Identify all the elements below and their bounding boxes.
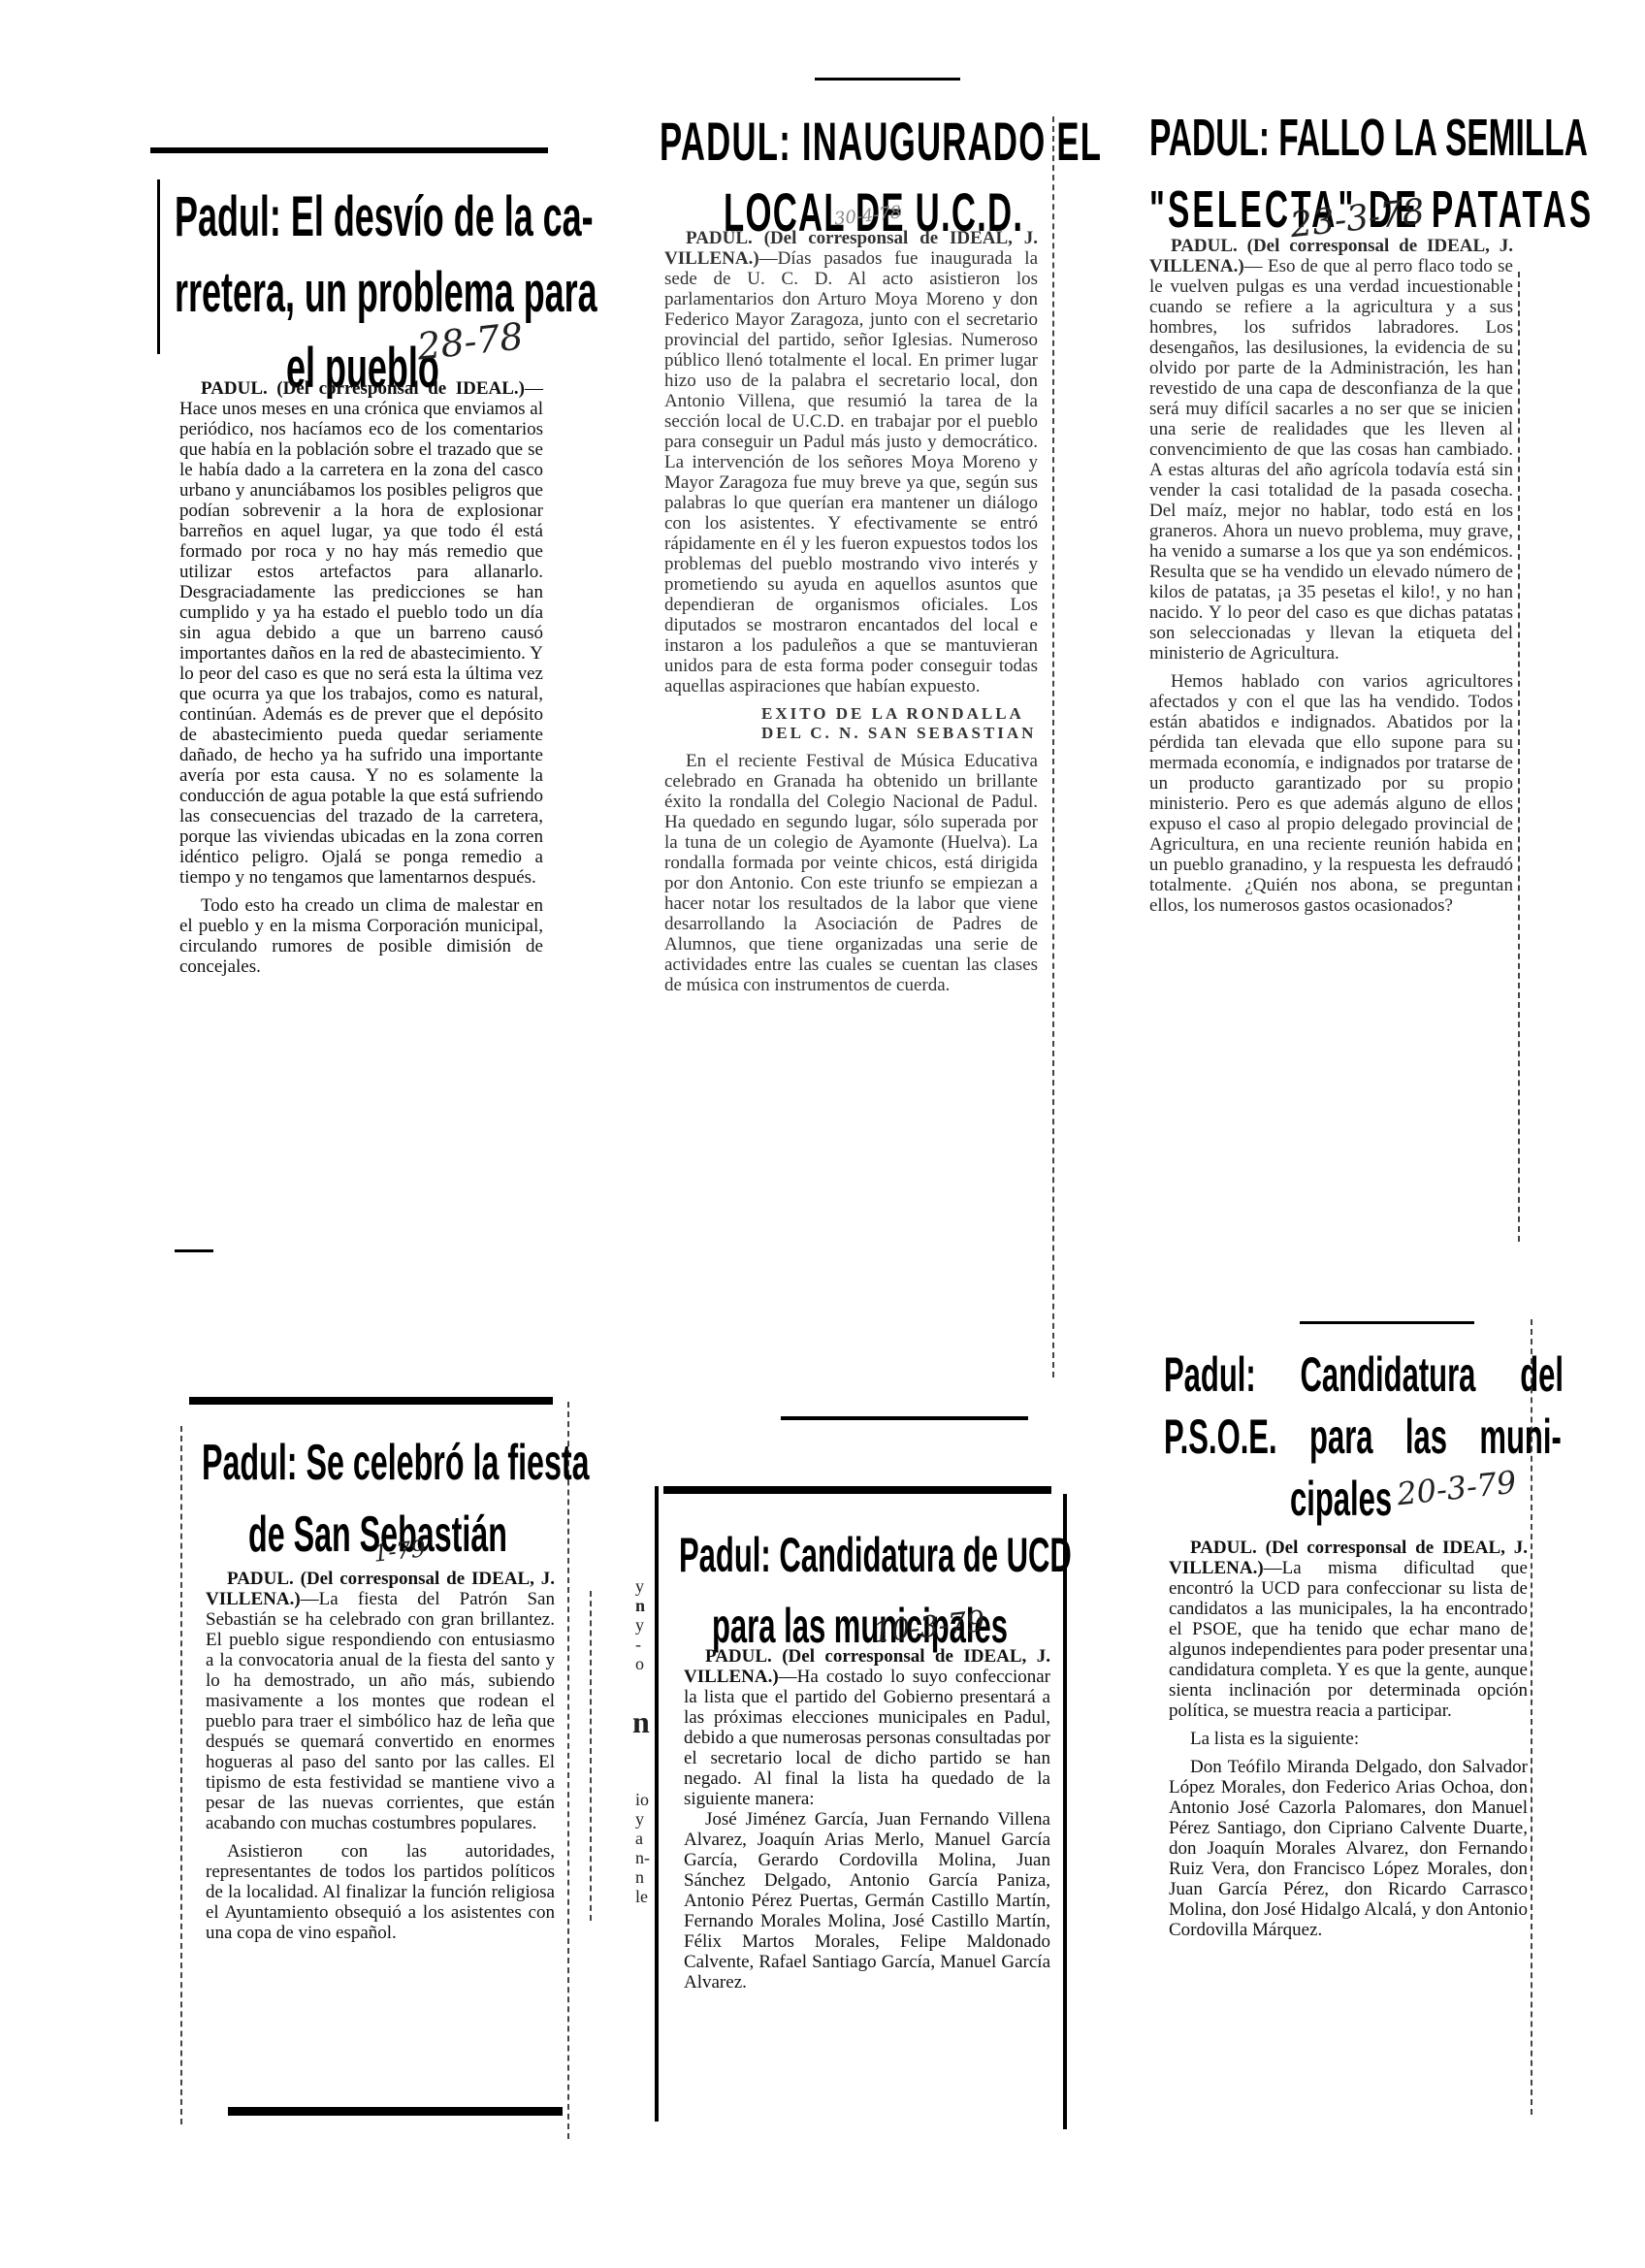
right-border	[1052, 116, 1054, 1377]
headline-line: P.S.O.E. para las muni-	[1164, 1406, 1564, 1468]
paragraph: —La fiesta del Patrón San Sebastián se h…	[206, 1589, 555, 1833]
fold-line	[590, 1591, 592, 1921]
left-border	[655, 1486, 659, 2122]
paragraph: — Eso de que al perro flaco todo se le v…	[1149, 256, 1513, 664]
article-body: PADUL. (Del corresponsal de IDEAL, J. VI…	[206, 1569, 555, 1943]
candidate-list: José Jiménez García, Juan Fernando Ville…	[684, 1809, 1050, 1993]
fragment-char: n	[632, 1712, 650, 1732]
article-body: PADUL. (Del corresponsal de IDEAL, J. VI…	[664, 228, 1038, 995]
article-body: PADUL. (Del corresponsal de IDEAL, J. VI…	[1169, 1538, 1528, 1940]
fragment-char: n	[635, 1596, 645, 1615]
fragment-char: y	[635, 1809, 644, 1829]
article-body: PADUL. (Del corresponsal de IDEAL, J. VI…	[684, 1646, 1050, 1993]
paragraph: —La misma dificultad que encontró la UCD…	[1169, 1558, 1528, 1721]
fragment-char: o	[635, 1654, 644, 1673]
fragment-char: n-	[635, 1848, 650, 1867]
fragment-char: le	[635, 1887, 648, 1906]
headline-line: Padul: Se celebró la fiesta	[202, 1426, 590, 1500]
headline-line: Padul: Candidatura del	[1164, 1344, 1564, 1406]
headline-line: rretera, un problema para	[175, 255, 597, 331]
top-rule	[189, 1397, 553, 1405]
paragraph: —Ha costado lo suyo confeccionar la list…	[684, 1667, 1050, 1809]
paragraph: Asistieron con las autoridades, represen…	[206, 1841, 555, 1943]
top-rule	[1300, 1321, 1474, 1324]
paragraph: La lista es la siguiente:	[1169, 1729, 1528, 1749]
subheading: EXITO DE LA RONDALLA DEL C. N. SAN SEBAS…	[761, 704, 1038, 743]
paragraph: — Hace unos meses en una crónica que env…	[179, 378, 543, 888]
paragraph: Todo esto ha creado un clima de malestar…	[179, 895, 543, 977]
left-border	[180, 1426, 182, 2124]
headline-line: Padul: Candidatura de UCD	[679, 1518, 1072, 1592]
top-rule	[815, 78, 960, 81]
headline-line: PADUL: INAUGURADO EL	[660, 105, 1102, 178]
paragraph: Hemos hablado con varios agricultores af…	[1149, 671, 1513, 916]
end-mark	[175, 1249, 213, 1252]
bottom-rule	[228, 2107, 563, 2116]
fragment-char: y	[635, 1576, 644, 1596]
bottom-rule	[781, 1416, 1028, 1420]
article-body: PADUL. (Del corresponsal de IDEAL, J. VI…	[1149, 236, 1513, 916]
dateline: PADUL. (Del corresponsal de IDEAL.)	[201, 378, 525, 399]
top-rule	[663, 1486, 1051, 1494]
right-border	[1518, 272, 1520, 1242]
left-border	[157, 179, 160, 354]
paragraph: En el reciente Festival de Música Educat…	[664, 751, 1038, 995]
fragment-char: n	[635, 1867, 644, 1887]
headline-line: PADUL: FALLO LA SEMILLA	[1149, 102, 1594, 174]
headline-line: Padul: El desvío de la ca-	[175, 179, 597, 255]
fragment-char: a	[635, 1829, 643, 1848]
paragraph: —Días pasados fue inaugurada la sede de …	[664, 248, 1038, 697]
fragment-char: y	[635, 1615, 644, 1635]
top-rule	[150, 147, 548, 153]
fragment-char: -	[635, 1635, 641, 1654]
headline-line: de San Sebastián	[248, 1500, 607, 1570]
handwritten-date: 1-79	[372, 1535, 428, 1567]
article-body: PADUL. (Del corresponsal de IDEAL.)— Hac…	[179, 378, 543, 977]
candidate-list: Don Teófilo Miranda Delgado, don Salvado…	[1169, 1757, 1528, 1940]
fragment-char: io	[635, 1790, 649, 1809]
